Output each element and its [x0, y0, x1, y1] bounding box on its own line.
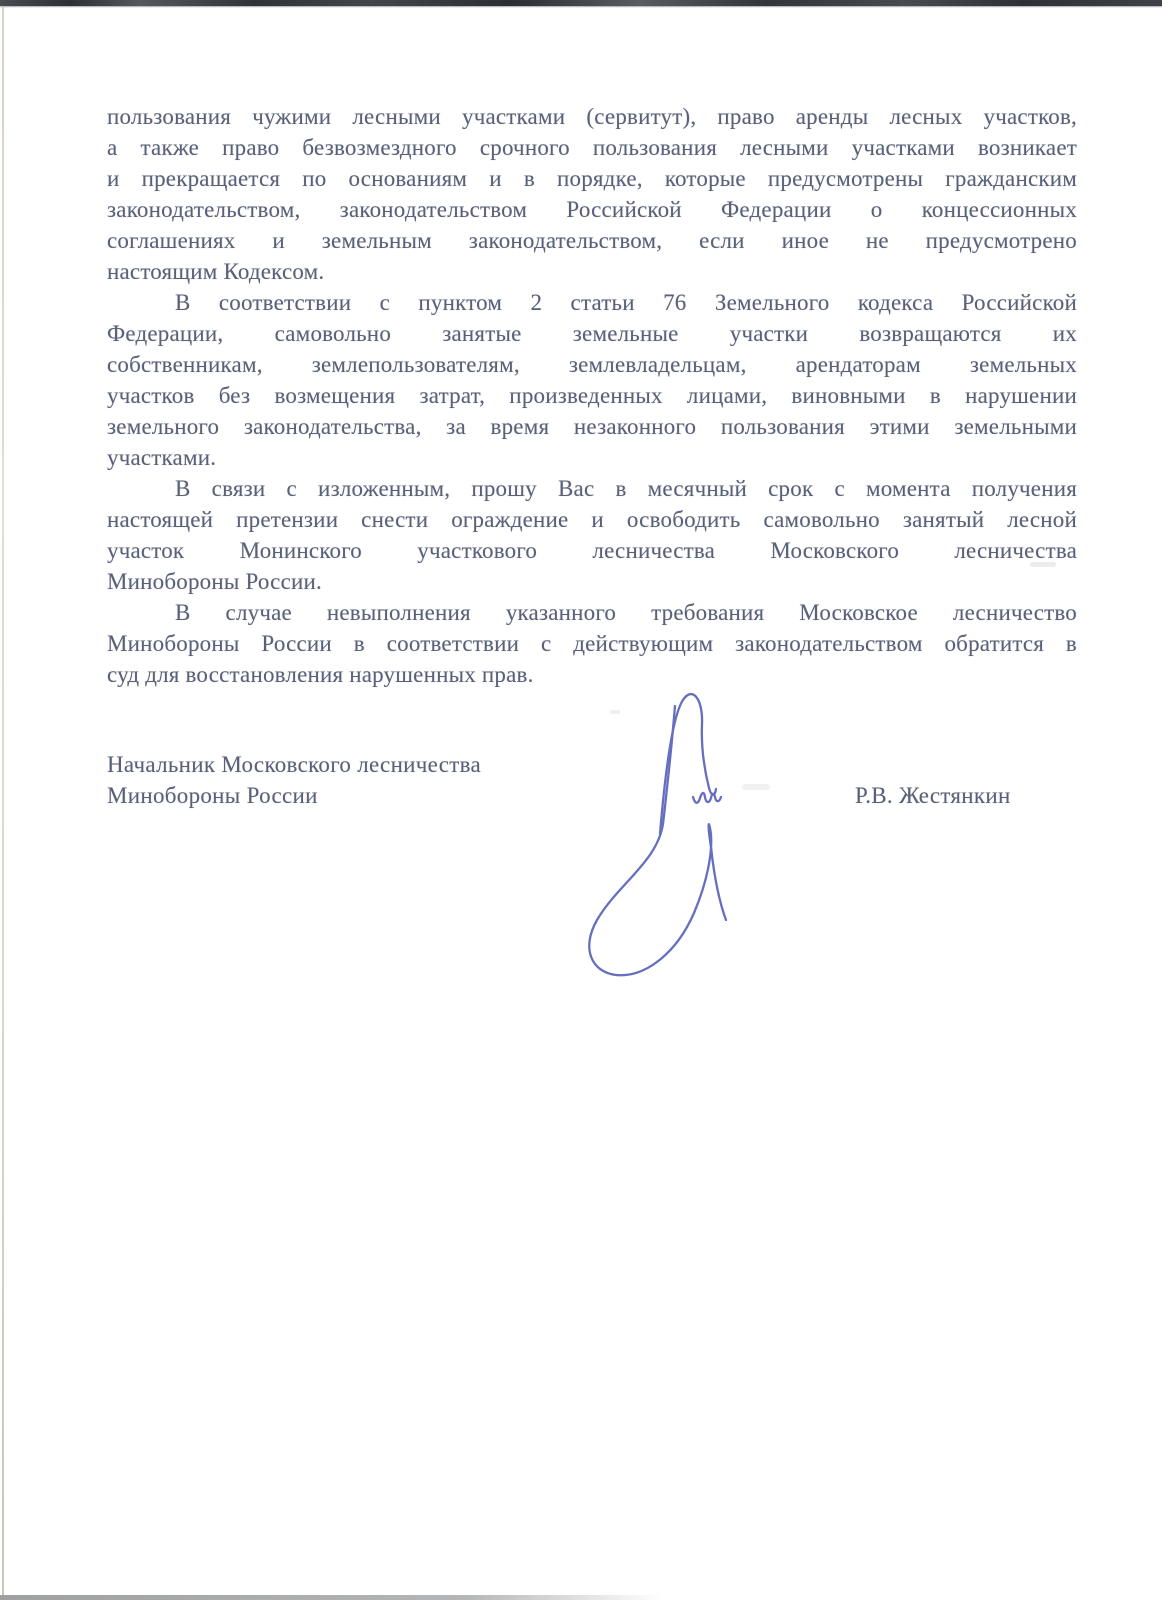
text-line: участков без возмещения затрат, произвед…	[107, 380, 1077, 411]
text-line: В соответствии с пунктом 2 статьи 76 Зем…	[107, 287, 1077, 318]
text-line: настоящей претензии снести ограждение и …	[107, 504, 1077, 535]
scan-artifact-left-edge	[2, 6, 4, 1600]
text-line: а также право безвозмездного срочного по…	[107, 132, 1077, 163]
signer-name: Р.В. Жестянкин	[855, 780, 1011, 811]
text-line: Минобороны России в соответствии с дейст…	[107, 628, 1077, 659]
paragraph-1: пользования чужими лесными участками (се…	[107, 101, 1077, 287]
text-line: участок Монинского участкового лесничест…	[107, 535, 1077, 566]
text-line: соглашениях и земельным законодательство…	[107, 225, 1077, 256]
scan-artifact-top-edge	[0, 0, 1162, 6]
text-line: собственникам, землепользователям, земле…	[107, 349, 1077, 380]
text-line: земельного законодательства, за время не…	[107, 411, 1077, 442]
signer-position-line-2: Минобороны России	[107, 780, 318, 811]
text-line: Минобороны России.	[107, 566, 1077, 597]
signer-position-line-1: Начальник Московского лесничества	[107, 749, 481, 780]
text-line: В случае невыполнения указанного требова…	[107, 597, 1077, 628]
text-line: участками.	[107, 442, 1077, 473]
text-line: и прекращается по основаниям и в порядке…	[107, 163, 1077, 194]
scanned-letter-page: пользования чужими лесными участками (се…	[0, 0, 1162, 1600]
paragraph-3: В связи с изложенным, прошу Вас в месячн…	[107, 473, 1077, 597]
text-line: Федерации, самовольно занятые земельные …	[107, 318, 1077, 349]
text-line: законодательством, законодательством Рос…	[107, 194, 1077, 225]
scan-artifact-bottom-edge	[0, 1595, 662, 1600]
paragraph-2: В соответствии с пунктом 2 статьи 76 Зем…	[107, 287, 1077, 473]
letter-body: пользования чужими лесными участками (се…	[107, 101, 1077, 690]
text-line: В связи с изложенным, прошу Вас в месячн…	[107, 473, 1077, 504]
text-line: настоящим Кодексом.	[107, 256, 1077, 287]
handwritten-signature-icon	[558, 676, 813, 996]
text-line: пользования чужими лесными участками (се…	[107, 101, 1077, 132]
